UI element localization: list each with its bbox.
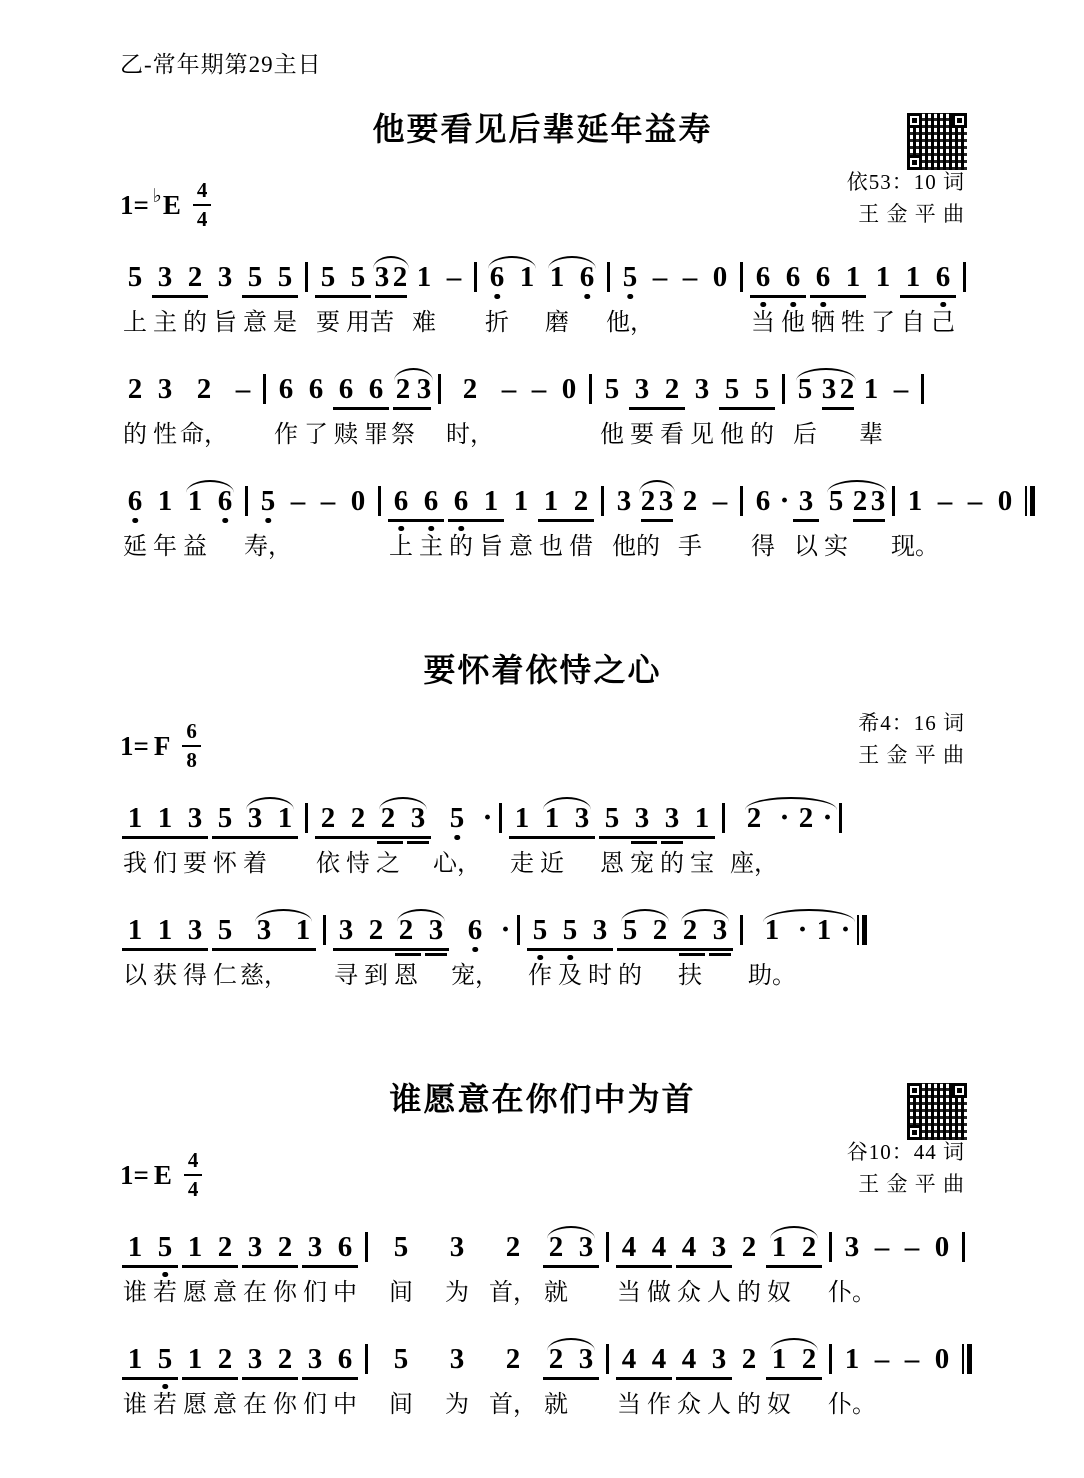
note: – <box>867 1342 897 1422</box>
key-signature: 1=E 4 4 <box>120 1150 202 1200</box>
song-2: 要怀着依恃之心 1=F 6 8 希4：16 词 王 金 平 曲 1我1们3要5怀… <box>120 648 965 993</box>
note-digit <box>606 1344 609 1374</box>
lyric-text: 见 <box>690 418 714 452</box>
note: 3得 <box>180 913 210 993</box>
augmentation-dot: · <box>778 801 791 881</box>
note: 1愿 <box>180 1230 210 1310</box>
note-digit: 1 <box>158 484 173 518</box>
note-digit: 3 <box>799 484 814 518</box>
note: 2手 <box>675 484 705 564</box>
lyric-text: 为 <box>445 1276 469 1310</box>
note: – <box>867 1230 897 1310</box>
note-digit: 2 <box>278 1342 293 1376</box>
note: 2命， <box>180 372 228 452</box>
note-digit: 5 <box>248 260 263 294</box>
lyric-text: 心， <box>433 847 481 881</box>
note-digit <box>962 1344 972 1374</box>
note: 1我 <box>120 801 150 881</box>
music-line: 1谁5若1愿2意3在2你3们6中5间3为2首，2就34当4做4众3人2的1奴23… <box>120 1230 965 1310</box>
note-digit: 3 <box>712 1230 727 1264</box>
lyric-text: 主 <box>153 306 177 340</box>
note: 5意 <box>240 260 270 340</box>
lyric-text: 着 <box>243 847 267 881</box>
slur-arc <box>621 909 669 922</box>
lyric-text: 罪 <box>364 418 388 452</box>
note: 2的 <box>734 1342 764 1422</box>
note: – <box>313 484 343 564</box>
note-digit: 4 <box>682 1230 697 1264</box>
note: 2 <box>791 801 821 881</box>
note-digit: 5 <box>533 913 548 947</box>
lyric-text: 之 <box>376 847 400 881</box>
barline <box>360 1230 373 1308</box>
note: 3主 <box>150 260 180 340</box>
note-digit: · <box>779 484 789 518</box>
lyric-text: 在 <box>243 1388 267 1422</box>
note-digit: 1 <box>514 484 529 518</box>
note-digit: 6 <box>309 372 324 406</box>
note-digit: 1 <box>158 913 173 947</box>
note: 3 <box>567 801 597 881</box>
note: 2扶 <box>675 913 705 993</box>
lyric-text: 他 <box>612 530 636 564</box>
note: 6折 <box>482 260 512 340</box>
note: 2时， <box>446 372 494 452</box>
lyric-text: 们 <box>303 1388 327 1422</box>
lyric-text: 磨 <box>545 306 569 340</box>
note: 2依 <box>313 801 343 881</box>
song-1: 他要看见后辈延年益寿 1=♭E 4 4 依53：10 词 王 金 平 曲 5上3… <box>120 107 965 564</box>
note: 3为 <box>429 1230 485 1310</box>
credit-composer: 王 金 平 曲 <box>847 199 965 231</box>
slur-arc <box>745 797 837 810</box>
lyric-text: 借 <box>569 530 593 564</box>
note-digit: 1 <box>128 913 143 947</box>
final-barline <box>852 913 872 991</box>
augmentation-dot: · <box>839 913 852 993</box>
lyric-text: 后 <box>793 418 817 452</box>
note-digit: 1 <box>515 801 530 835</box>
note: 3人 <box>704 1230 734 1310</box>
lyric-text: 的 <box>737 1388 761 1422</box>
note: 1难 <box>409 260 439 340</box>
note: 3 <box>869 484 887 564</box>
note-digit: – <box>683 260 698 294</box>
note: 1仆。 <box>837 1342 867 1422</box>
note-digit: 3 <box>308 1342 323 1376</box>
lyric-text: 恩 <box>394 959 418 993</box>
note: 0 <box>705 260 735 340</box>
note: 3以 <box>791 484 821 564</box>
note-digit: 6 <box>394 484 409 518</box>
note-digit <box>305 803 308 833</box>
lyric-text: 及 <box>558 959 582 993</box>
note-digit: 0 <box>351 484 366 518</box>
note-digit <box>601 486 604 516</box>
note-digit: – <box>291 484 306 518</box>
note: 5的 <box>615 913 645 993</box>
lyric-text: 愿 <box>183 1388 207 1422</box>
lyric-text: 恃 <box>346 847 370 881</box>
lyric-text: 实 <box>824 530 848 564</box>
time-signature: 4 4 <box>184 1150 203 1200</box>
note: 2 <box>645 913 675 993</box>
slur-arc <box>543 797 591 810</box>
note-digit: 3 <box>248 1230 263 1264</box>
lyric-text: 获 <box>153 959 177 993</box>
lyric-text: 上 <box>123 306 147 340</box>
note-digit: 6 <box>338 1230 353 1264</box>
note: 3要 <box>627 372 657 452</box>
note-digit: – <box>321 484 336 518</box>
note: 3他 <box>609 484 639 564</box>
lyric-text: 的 <box>660 847 684 881</box>
note: 3性 <box>150 372 180 452</box>
note: 1获 <box>150 913 180 993</box>
note-digit: 6 <box>468 913 483 947</box>
barline <box>735 260 748 338</box>
note-digit: 0 <box>562 372 577 406</box>
slur-arc <box>255 909 312 922</box>
note: 5实 <box>821 484 851 564</box>
note: 5怀 <box>210 801 240 881</box>
note: 5后 <box>790 372 820 452</box>
note: 3们 <box>300 1230 330 1310</box>
note: 4作 <box>644 1342 674 1422</box>
note-digit: 4 <box>682 1342 697 1376</box>
note: 5要 <box>313 260 343 340</box>
note-digit: 2 <box>683 484 698 518</box>
note: 2看 <box>657 372 687 452</box>
barline <box>258 372 271 450</box>
note: 2到 <box>361 913 391 993</box>
note-digit: – <box>653 260 668 294</box>
lyric-text: 看 <box>660 418 684 452</box>
note: 4众 <box>674 1230 704 1310</box>
note: 3在 <box>240 1230 270 1310</box>
note: 2意 <box>210 1342 240 1422</box>
note: 1 <box>809 913 839 993</box>
key-signature: 1=♭E 4 4 <box>120 180 211 230</box>
lyric-text: 作 <box>647 1388 671 1422</box>
slur-arc <box>681 909 729 922</box>
lyric-text: 宝 <box>690 847 714 881</box>
note-digit: 3 <box>158 260 173 294</box>
note: 2的 <box>639 484 657 564</box>
lyric-text: 赎 <box>334 418 358 452</box>
note: 3 <box>571 1230 601 1310</box>
note: 6的 <box>446 484 476 564</box>
lyric-text: 他 <box>720 418 744 452</box>
lyric-text: 的 <box>449 530 473 564</box>
lyric-text: 为 <box>445 1388 469 1422</box>
note: 2座， <box>730 801 778 881</box>
note-digit: 6 <box>424 484 439 518</box>
key-note: E <box>163 190 181 221</box>
note: – <box>524 372 554 452</box>
note: 5寿， <box>253 484 283 564</box>
note: 5仁 <box>210 913 240 993</box>
note: 1益 <box>180 484 210 564</box>
barline <box>834 801 847 879</box>
note: 6主 <box>416 484 446 564</box>
note: 1们 <box>150 801 180 881</box>
slur-arc <box>796 368 856 381</box>
note-digit: 1 <box>417 260 432 294</box>
note-digit <box>323 915 326 945</box>
note-digit: – <box>968 484 983 518</box>
note: 1现。 <box>900 484 930 564</box>
note: 5若 <box>150 1342 180 1422</box>
note: 3要 <box>180 801 210 881</box>
lyric-text: 的 <box>737 1276 761 1310</box>
note-digit: 3 <box>339 913 354 947</box>
lyric-text: 间 <box>389 1276 413 1310</box>
lyric-text: 中 <box>333 1388 357 1422</box>
lyric-text: 走 <box>510 847 534 881</box>
barline <box>512 913 525 991</box>
flat-icon: ♭ <box>153 185 162 208</box>
note-digit <box>1025 486 1035 516</box>
note-digit: 3 <box>695 372 710 406</box>
lyric-text: 在 <box>243 1276 267 1310</box>
note: 5他， <box>615 260 645 340</box>
note-digit: 5 <box>605 372 620 406</box>
barline <box>300 260 313 338</box>
note: 1了 <box>868 260 898 340</box>
note-digit: 2 <box>742 1230 757 1264</box>
barline <box>318 913 331 991</box>
note-digit: 1 <box>846 260 861 294</box>
note-digit: 1 <box>484 484 499 518</box>
slur-arc <box>548 256 596 269</box>
lyric-text: 用 <box>346 306 370 340</box>
lyric-text: 命， <box>180 418 228 452</box>
lyric-text: 上 <box>389 530 413 564</box>
note: 4众 <box>674 1342 704 1422</box>
note-digit <box>474 262 477 292</box>
note-digit: 5 <box>450 801 465 835</box>
key-prefix: 1= <box>120 190 149 221</box>
note: 4当 <box>614 1230 644 1310</box>
note: 2借 <box>566 484 596 564</box>
note-digit <box>606 1232 609 1262</box>
note-digit: 5 <box>394 1230 409 1264</box>
note: 3见 <box>687 372 717 452</box>
note: 3慈， <box>240 913 288 993</box>
note-digit: 3 <box>635 372 650 406</box>
lyric-text: 旨 <box>479 530 503 564</box>
lyric-text: 意 <box>509 530 533 564</box>
lyric-text: 人 <box>707 1388 731 1422</box>
music-line: 1谁5若1愿2意3在2你3们6中5间3为2首，2就34当4作4众3人2的1奴21… <box>120 1342 965 1422</box>
note-digit <box>499 803 502 833</box>
note-digit: 5 <box>725 372 740 406</box>
lyric-text: 宠 <box>630 847 654 881</box>
note: 3 <box>657 484 675 564</box>
note: – <box>886 372 916 452</box>
note-digit: 1 <box>908 484 923 518</box>
lyric-text: 也 <box>539 530 563 564</box>
lyric-text: 旨 <box>213 306 237 340</box>
note: 2的 <box>120 372 150 452</box>
barline <box>916 372 929 450</box>
note: 1近 <box>537 801 567 881</box>
lyric-text: 要 <box>316 306 340 340</box>
barline <box>433 372 446 450</box>
note: 5若 <box>150 1230 180 1310</box>
time-signature-denominator: 8 <box>186 747 197 771</box>
note-digit: 0 <box>713 260 728 294</box>
note: 6 <box>572 260 602 340</box>
song-meta: 1=E 4 4 谷10：44 词 王 金 平 曲 <box>120 1137 965 1200</box>
note-digit: 3 <box>218 260 233 294</box>
note-digit: 3 <box>845 1230 860 1264</box>
slur-arc <box>379 797 427 810</box>
lyric-text: 时， <box>446 418 494 452</box>
note: 6中 <box>330 1230 360 1310</box>
note: 5间 <box>373 1230 429 1310</box>
note-digit <box>245 486 248 516</box>
note-digit: 1 <box>845 1342 860 1376</box>
time-signature-denominator: 4 <box>197 206 208 230</box>
barline <box>735 913 748 991</box>
note: – <box>705 484 735 564</box>
lyric-text: 意 <box>243 306 267 340</box>
lyric-text: 愿 <box>183 1276 207 1310</box>
note-digit: – <box>502 372 517 406</box>
note: 6赎 <box>331 372 361 452</box>
note-digit: 2 <box>369 913 384 947</box>
song-title: 要怀着依恃之心 <box>120 648 965 692</box>
note-digit <box>839 803 842 833</box>
lyric-text: 谁 <box>123 1388 147 1422</box>
lyric-text: 主 <box>419 530 443 564</box>
lyric-text: 了 <box>871 306 895 340</box>
lyric-text: 他 <box>600 418 624 452</box>
note: 3 <box>415 372 433 452</box>
barline <box>717 801 730 879</box>
note-digit: 1 <box>864 372 879 406</box>
note: 2的 <box>734 1230 764 1310</box>
lyric-text: 要 <box>183 847 207 881</box>
slur-arc <box>763 909 855 922</box>
note-digit <box>857 915 867 945</box>
credit-composer: 王 金 平 曲 <box>847 1169 965 1201</box>
note-digit: 2 <box>128 372 143 406</box>
slur-arc <box>246 797 294 810</box>
note-digit <box>921 374 924 404</box>
note-digit: 1 <box>128 1230 143 1264</box>
note-digit: 6 <box>816 260 831 294</box>
barline <box>958 260 971 338</box>
note-digit: 2 <box>742 1342 757 1376</box>
lyric-text: 己 <box>931 306 955 340</box>
note: 1宝 <box>687 801 717 881</box>
barline <box>601 1230 614 1308</box>
credit-lyricist: 谷10：44 词 <box>847 1137 965 1169</box>
credits: 谷10：44 词 王 金 平 曲 <box>847 1137 965 1200</box>
song-meta: 1=F 6 8 希4：16 词 王 金 平 曲 <box>120 708 965 771</box>
note-digit <box>782 374 785 404</box>
music-line: 2的3性2命，–6作6了6赎6罪2祭32时，––05他3要2看3见5他5的5后3… <box>120 372 965 452</box>
note: 2首， <box>485 1342 541 1422</box>
time-signature-numerator: 4 <box>193 180 212 206</box>
note: 5恩 <box>597 801 627 881</box>
note-digit: – <box>938 484 953 518</box>
key-note: F <box>154 731 171 762</box>
note: 3仆。 <box>837 1230 867 1310</box>
note-digit: – <box>447 260 462 294</box>
barline <box>300 801 313 879</box>
note-digit: 3 <box>450 1342 465 1376</box>
note: 4当 <box>614 1342 644 1422</box>
note-digit: – <box>905 1342 920 1376</box>
note-digit: 5 <box>321 260 336 294</box>
lyric-text: 得 <box>183 959 207 993</box>
note: 2之 <box>373 801 403 881</box>
note-digit: 5 <box>158 1230 173 1264</box>
lyric-text: 的 <box>750 418 774 452</box>
note: 6延 <box>120 484 150 564</box>
note: 6罪 <box>361 372 391 452</box>
note-digit <box>438 374 441 404</box>
slur-arc <box>488 256 536 269</box>
lyric-text: 众 <box>677 1276 701 1310</box>
note: 1自 <box>898 260 928 340</box>
note-digit: 3 <box>308 1230 323 1264</box>
note: 3旨 <box>210 260 240 340</box>
note-digit: 3 <box>188 801 203 835</box>
note-digit: 1 <box>906 260 921 294</box>
note-digit: 4 <box>622 1230 637 1264</box>
note: 2你 <box>270 1230 300 1310</box>
time-signature-denominator: 4 <box>188 1176 199 1200</box>
lyric-text: 恩 <box>600 847 624 881</box>
note-digit: 3 <box>188 913 203 947</box>
note: – <box>439 260 469 340</box>
lyric-text: 他 <box>781 306 805 340</box>
note: 2恃 <box>343 801 373 881</box>
note-digit: 2 <box>197 372 212 406</box>
note: 5心， <box>433 801 481 881</box>
note: – <box>960 484 990 564</box>
lyric-text: 你 <box>273 1276 297 1310</box>
note: 2意 <box>210 1230 240 1310</box>
note-digit: 3 <box>635 801 650 835</box>
note: 6 <box>210 484 240 564</box>
note: 2的 <box>180 260 210 340</box>
note-digit <box>740 915 743 945</box>
qr-code-icon <box>907 1083 967 1140</box>
music-line: 5上3主2的3旨5意5是5要5用3苦21难–6折11磨65他，––06当6他6牺… <box>120 260 965 340</box>
slur-arc <box>770 1226 818 1239</box>
lyric-text: 座， <box>730 847 778 881</box>
note-digit <box>829 1232 832 1262</box>
augmentation-dot: · <box>499 913 512 993</box>
note-digit <box>892 486 895 516</box>
note-digit: 3 <box>248 1342 263 1376</box>
lyric-text: 慈， <box>240 959 288 993</box>
note: 1助。 <box>748 913 796 993</box>
lyric-text: 以 <box>123 959 147 993</box>
note: 6当 <box>748 260 778 340</box>
note: 3着 <box>240 801 270 881</box>
note-digit: 6 <box>339 372 354 406</box>
note: 6牺 <box>808 260 838 340</box>
note-digit: 5 <box>755 372 770 406</box>
note: 2就 <box>541 1342 571 1422</box>
